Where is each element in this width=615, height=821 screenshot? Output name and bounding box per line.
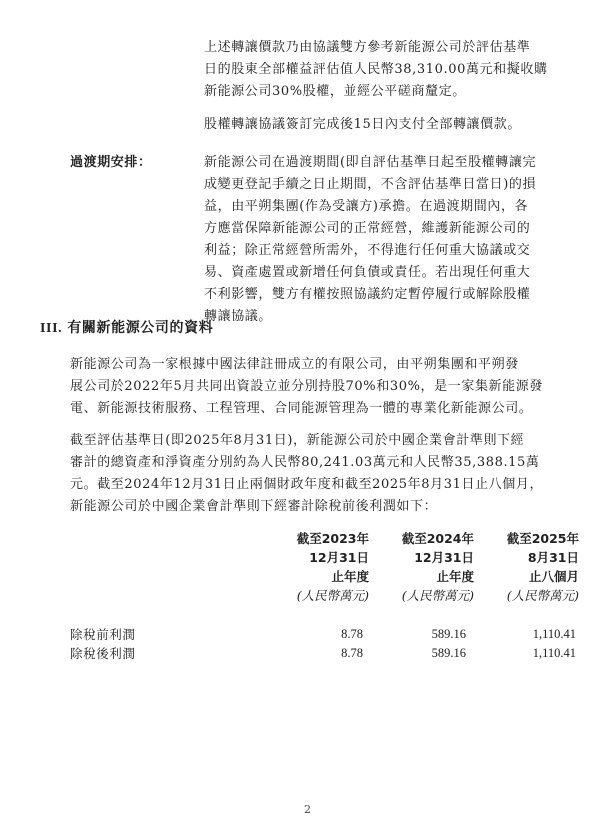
text-line: 利益；除正常經營所需外，不得進行任何重大協議或交: [204, 240, 536, 262]
transition-paragraph: 新能源公司在過渡期間(即自評估基準日起至股權轉讓完 成變更登記手續之日止期間，不…: [204, 152, 536, 328]
cell-value: 589.16: [366, 644, 466, 663]
text-line: 股權轉讓協議簽訂完成後15日內支付全部轉讓價款。: [204, 114, 521, 136]
section-title: 有關新能源公司的資料: [67, 320, 213, 336]
payment-paragraph: 股權轉讓協議簽訂完成後15日內支付全部轉讓價款。: [204, 114, 521, 136]
cell-value: 8.78: [263, 644, 363, 663]
text-line: 元。截至2024年12月31日止兩個財政年度和截至2025年8月31日止八個月，: [70, 474, 543, 496]
text-line: 日的股東全部權益評估值人民幣38,310.00萬元和擬收購: [204, 59, 548, 81]
text-line: 轉讓協議。: [204, 306, 536, 328]
section-heading: III. 有關新能源公司的資料: [40, 317, 213, 340]
cell-value: 8.78: [263, 625, 363, 644]
text-line: 新能源公司在過渡期間(即自評估基準日起至股權轉讓完: [204, 152, 536, 174]
table-column-header: 截至2023年 12月31日 止年度 (人民幣萬元): [259, 529, 369, 605]
text-line: 成變更登記手續之日止期間，不含評估基準日當日)的損: [204, 174, 536, 196]
text-line: 審計的總資產和淨資產分別約為人民幣80,241.03萬元和人民幣35,388.1…: [70, 452, 543, 474]
cell-value: 1,110.41: [476, 644, 576, 663]
text-line: 新能源公司30%股權，並經公平磋商釐定。: [204, 81, 548, 103]
text-line: 易、資產處置或新增任何負債或責任。若出現任何重大: [204, 262, 536, 284]
section-number: III.: [40, 321, 62, 336]
transition-label: 過渡期安排：: [70, 152, 152, 174]
text-line: 截至評估基準日(即2025年8月31日)，新能源公司於中國企業會計準則下經: [70, 430, 543, 452]
cell-value: 589.16: [366, 625, 466, 644]
financial-summary-paragraph: 截至評估基準日(即2025年8月31日)，新能源公司於中國企業會計準則下經 審計…: [70, 430, 543, 518]
text-line: 新能源公司為一家根據中國法律註冊成立的有限公司，由平朔集團和平朔發: [70, 354, 543, 376]
row-label: 除稅前利潤: [70, 625, 136, 644]
text-line: 上述轉讓價款乃由協議雙方參考新能源公司於評估基準: [204, 37, 548, 59]
row-label: 除稅後利潤: [70, 644, 136, 663]
text-line: 新能源公司於中國企業會計準則下經審計除稅前後利潤如下：: [70, 496, 543, 518]
text-line: 展公司於2022年5月共同出資設立並分別持股70%和30%，是一家集新能源發: [70, 376, 543, 398]
table-column-header: 截至2024年 12月31日 止年度 (人民幣萬元): [364, 529, 474, 605]
text-line: 不利影響，雙方有權按照協議約定暫停履行或解除股權: [204, 284, 536, 306]
table-column-header: 截至2025年 8月31日 止八個月 (人民幣萬元): [469, 529, 579, 605]
page-number: 2: [0, 803, 615, 816]
text-line: 方應當保障新能源公司的正常經營，維護新能源公司的: [204, 218, 536, 240]
text-line: 益，由平朔集團(作為受讓方)承擔。在過渡期間內，各: [204, 196, 536, 218]
cell-value: 1,110.41: [476, 625, 576, 644]
company-description-paragraph: 新能源公司為一家根據中國法律註冊成立的有限公司，由平朔集團和平朔發 展公司於20…: [70, 354, 543, 420]
text-line: 電、新能源技術服務、工程管理、合同能源管理為一體的專業化新能源公司。: [70, 398, 543, 420]
consideration-paragraph: 上述轉讓價款乃由協議雙方參考新能源公司於評估基準 日的股東全部權益評估值人民幣3…: [204, 37, 548, 103]
